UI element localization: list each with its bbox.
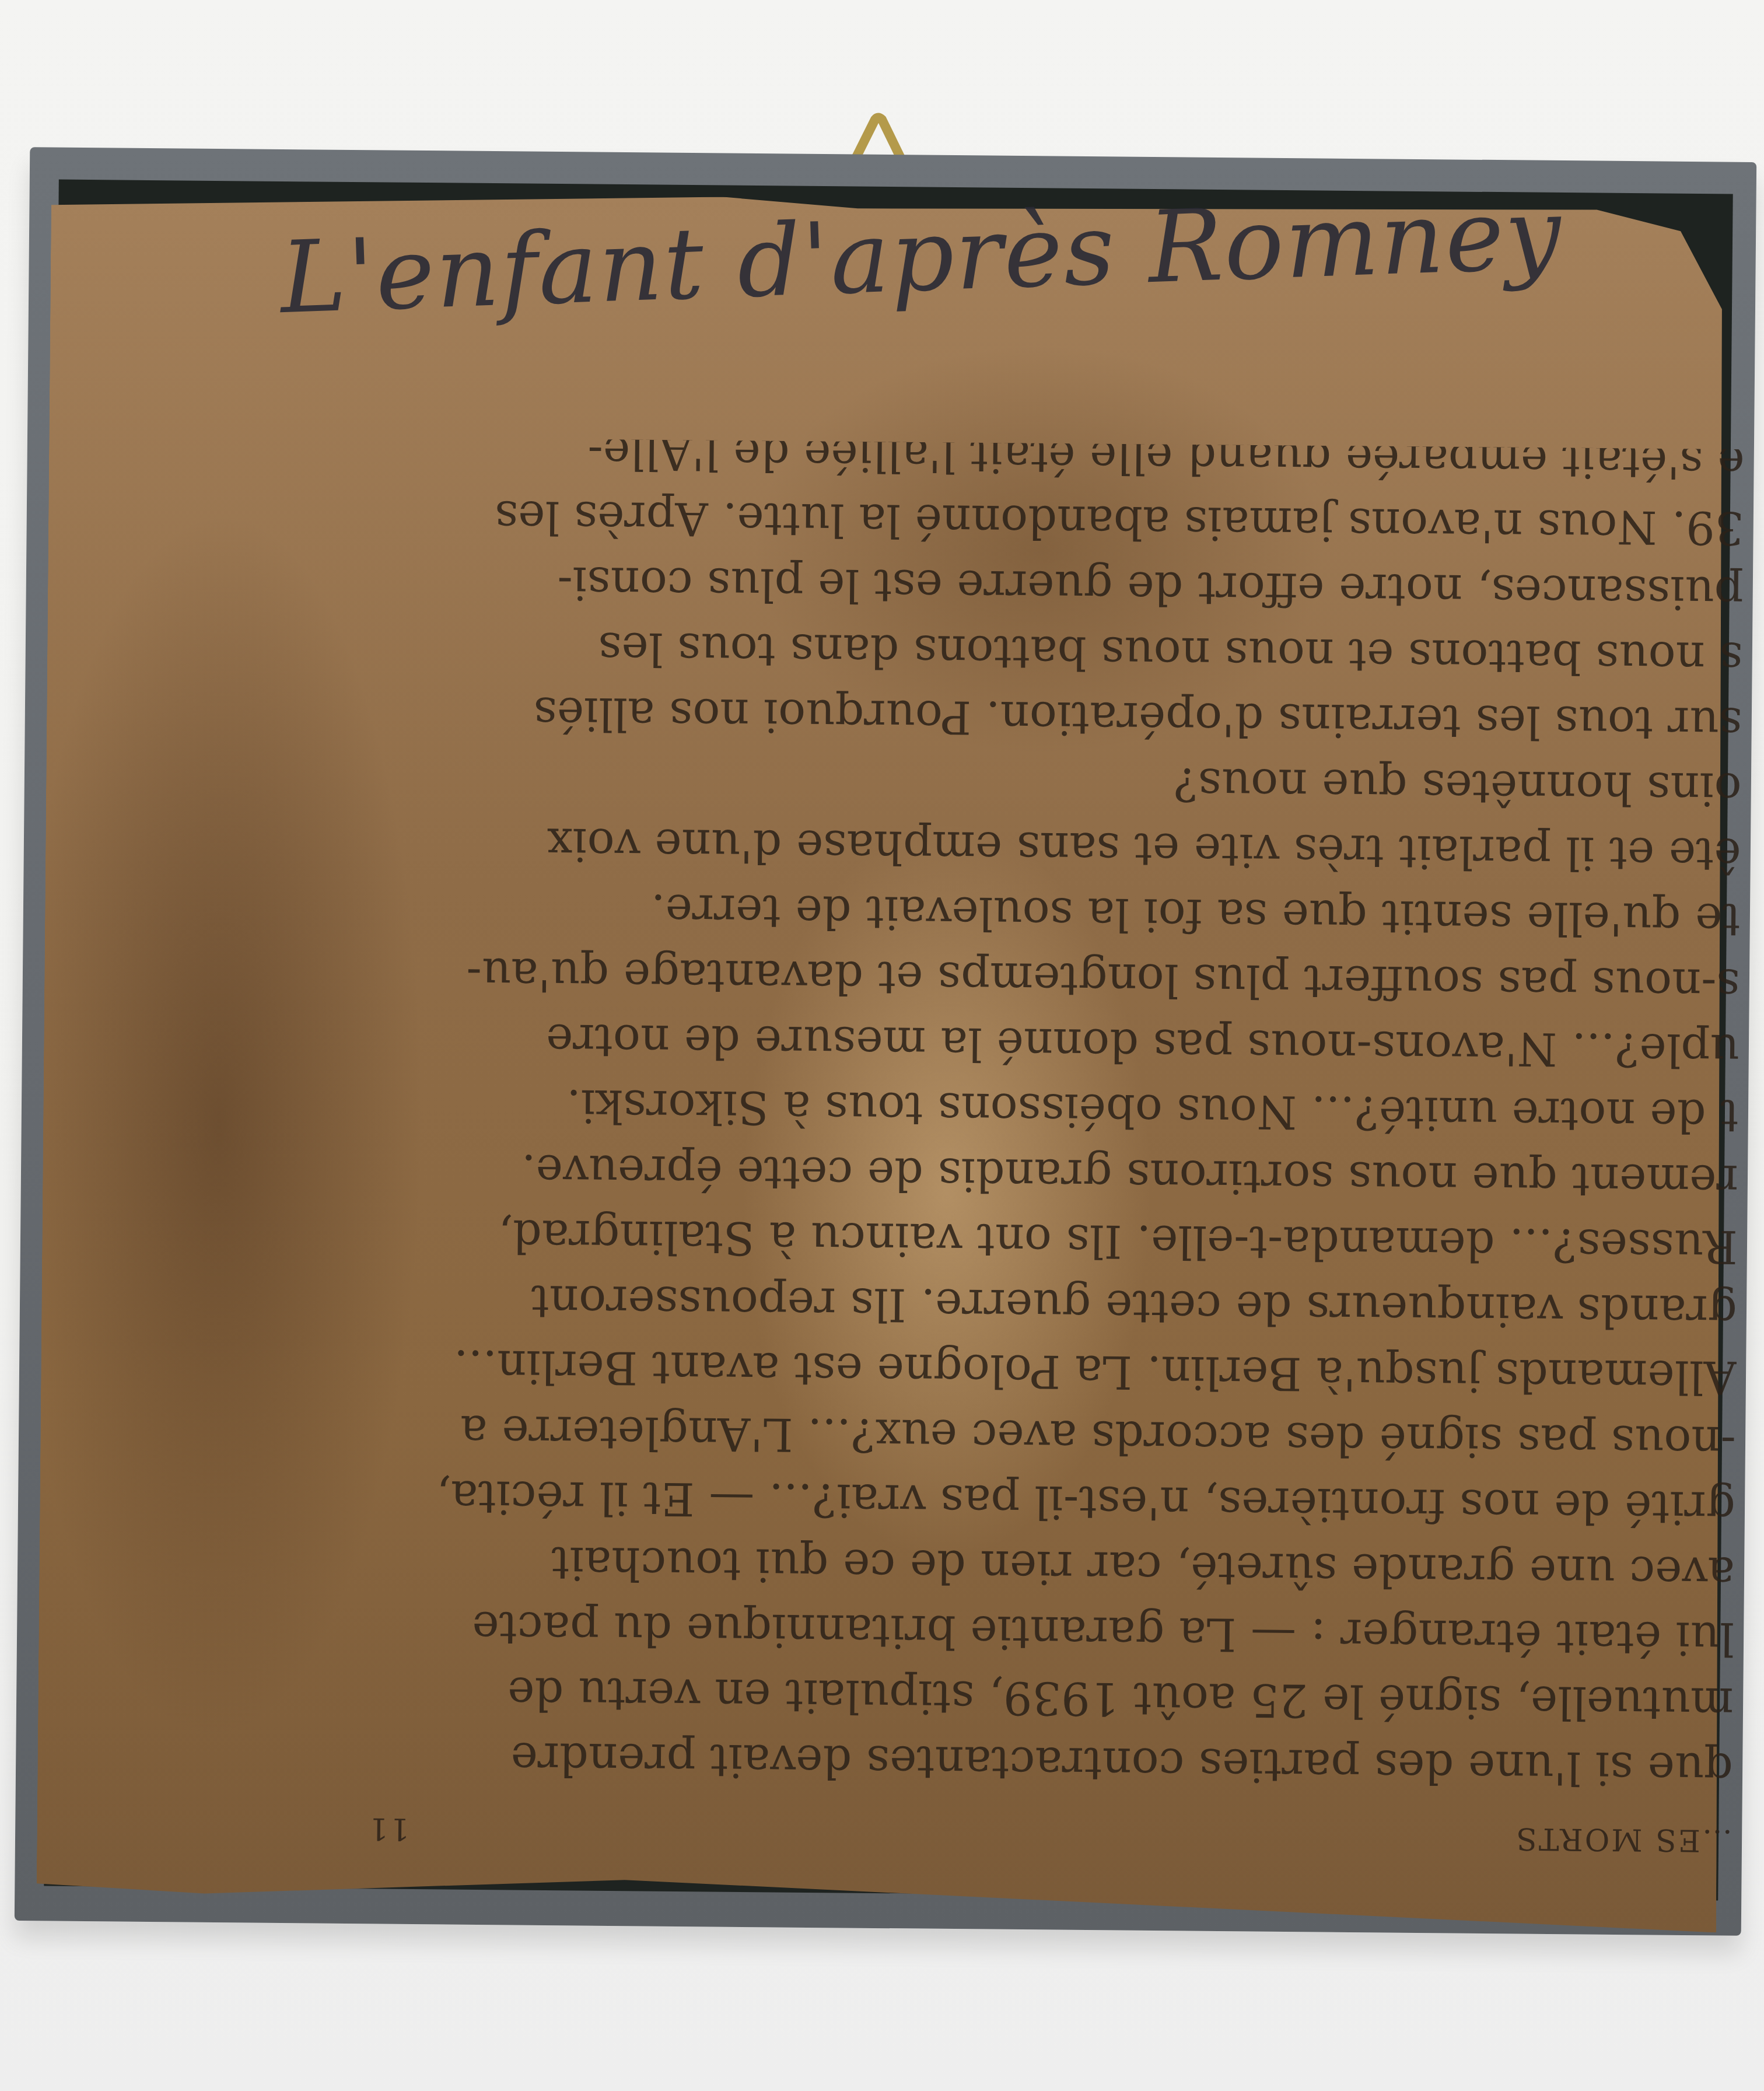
text-line: mutuelle, signé le 25 août 1939, stipula…: [368, 1659, 1734, 1736]
text-line: 39. Nous n'avons jamais abandonné la lut…: [379, 483, 1744, 560]
page-number: 11: [367, 1796, 409, 1862]
text-line: oins honnêtes que nous?: [376, 744, 1742, 821]
text-line: t de notre unité?... Nous obéissons tous…: [373, 1071, 1739, 1148]
text-line: uple?... N'avons-nous pas donné la mesur…: [374, 1006, 1739, 1083]
text-line: que si l'une des parties contractantes d…: [367, 1725, 1733, 1802]
text-line: lui était étranger : — La garantie brita…: [369, 1594, 1734, 1671]
running-head-title: …ES MORTS: [1514, 1806, 1732, 1873]
text-line: Allemands jusqu'à Berlin. La Pologne est…: [371, 1333, 1737, 1410]
show-through-printed-page: …ES MORTS 11 que si l'une des parties co…: [367, 438, 1744, 1873]
text-line: sur tous les terrains d'opération. Pourq…: [377, 679, 1742, 756]
running-head: …ES MORTS 11: [367, 1796, 1732, 1873]
text-line: te qu'elle sentit que sa foi la soulevai…: [375, 875, 1741, 952]
text-line: puissances, notre effort de guerre est l…: [378, 548, 1744, 625]
text-line: s-nous pas souffert plus longtemps et da…: [374, 940, 1740, 1017]
text-line: grands vainqueurs de cette guerre. Ils r…: [372, 1267, 1737, 1344]
text-line: grité de nos frontières, n'est-il pas vr…: [370, 1463, 1735, 1540]
text-line: avec une grande sûreté, car rien de ce q…: [369, 1529, 1735, 1606]
text-line: rement que nous sortirons grandis de cet…: [373, 1137, 1738, 1214]
text-line: -nous pas signé des accords avec eux?...…: [370, 1398, 1736, 1475]
text-line: ête et il parlait très vite et sans emph…: [376, 810, 1741, 887]
text-line: Russes?... demanda-t-elle. Ils ont vainc…: [372, 1202, 1738, 1279]
text-line: s nous battons et nous nous battons dans…: [377, 614, 1743, 691]
